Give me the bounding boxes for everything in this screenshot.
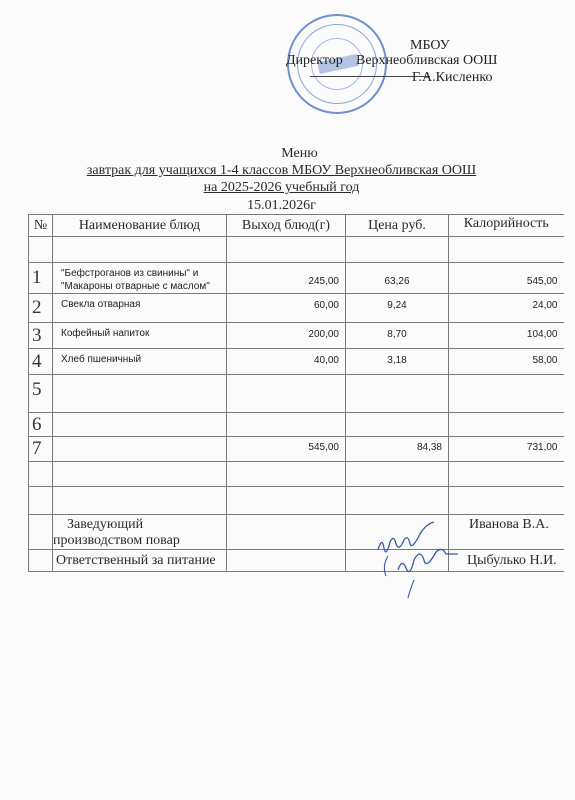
approval-position: Директор bbox=[286, 53, 343, 69]
dish-calories: 24,00 bbox=[449, 294, 564, 323]
chef-label-line1: Заведующий bbox=[67, 517, 226, 533]
table-row-empty bbox=[29, 462, 564, 487]
row-num: 2 bbox=[29, 294, 53, 323]
school-year: на 2025-2026 учебный год bbox=[0, 180, 569, 196]
dish-calories: 58,00 bbox=[449, 349, 564, 375]
dish-name: Свекла отварная bbox=[53, 294, 227, 323]
approval-org: МБОУ bbox=[410, 38, 450, 54]
row-num: 1 bbox=[29, 263, 53, 294]
table-row: 4 Хлеб пшеничный 40,00 3,18 58,00 bbox=[29, 349, 564, 375]
dish-price: 3,18 bbox=[346, 349, 449, 375]
dish-calories: 104,00 bbox=[449, 323, 564, 349]
total-price: 84,38 bbox=[346, 437, 449, 462]
row-num: 4 bbox=[29, 349, 53, 375]
menu-table: № Наименование блюд Выход блюд(г) Цена р… bbox=[28, 214, 564, 572]
document-title: Меню bbox=[12, 146, 575, 162]
table-row: 5 bbox=[29, 375, 564, 413]
responsible-label: Ответственный за питание bbox=[53, 550, 227, 572]
dish-calories: 545,00 bbox=[449, 263, 564, 294]
dish-name-line1: "Бефстроганов из свинины" и bbox=[61, 267, 226, 280]
table-row-empty bbox=[29, 487, 564, 515]
handwritten-signatures bbox=[370, 520, 460, 600]
table-row: 3 Кофейный напиток 200,00 8,70 104,00 bbox=[29, 323, 564, 349]
dish-name-line2: "Макароны отварные с маслом" bbox=[61, 280, 226, 293]
director-name: Г.А.Кисленко bbox=[412, 70, 492, 86]
header-name: Наименование блюд bbox=[53, 215, 227, 237]
header-price: Цена руб. bbox=[346, 215, 449, 237]
total-weight: 545,00 bbox=[227, 437, 346, 462]
dish-weight: 60,00 bbox=[227, 294, 346, 323]
dish-price: 63,26 bbox=[346, 263, 449, 294]
chef-name: Иванова В.А. bbox=[449, 515, 564, 550]
dish-name: "Бефстроганов из свинины" и "Макароны от… bbox=[53, 263, 227, 294]
responsible-signature-row: Ответственный за питание Цыбулько Н.И. bbox=[29, 550, 564, 572]
dish-name: Хлеб пшеничный bbox=[53, 349, 227, 375]
dish-name: Кофейный напиток bbox=[53, 323, 227, 349]
dish-price: 9,24 bbox=[346, 294, 449, 323]
table-row: 2 Свекла отварная 60,00 9,24 24,00 bbox=[29, 294, 564, 323]
header-num: № bbox=[29, 215, 53, 237]
dish-price: 8,70 bbox=[346, 323, 449, 349]
header-calories: Калорийность bbox=[449, 215, 564, 237]
row-num: 6 bbox=[29, 413, 53, 437]
responsible-name: Цыбулько Н.И. bbox=[449, 550, 564, 572]
table-row-total: 7 545,00 84,38 731,00 bbox=[29, 437, 564, 462]
chef-signature-row: Заведующий производством повар Иванова В… bbox=[29, 515, 564, 550]
dish-weight: 245,00 bbox=[227, 263, 346, 294]
chef-label: Заведующий производством повар bbox=[53, 515, 227, 550]
approval-school: Верхнеобливская ООШ bbox=[356, 53, 497, 69]
header-weight: Выход блюд(г) bbox=[227, 215, 346, 237]
table-row: 6 bbox=[29, 413, 564, 437]
table-header-row: № Наименование блюд Выход блюд(г) Цена р… bbox=[29, 215, 564, 237]
dish-weight: 40,00 bbox=[227, 349, 346, 375]
table-row-empty bbox=[29, 237, 564, 263]
table-row: 1 "Бефстроганов из свинины" и "Макароны … bbox=[29, 263, 564, 294]
row-num: 5 bbox=[29, 375, 53, 413]
row-num: 7 bbox=[29, 437, 53, 462]
document-subtitle: завтрак для учащихся 1-4 классов МБОУ Ве… bbox=[0, 163, 569, 179]
chef-label-line2: производством повар bbox=[53, 533, 226, 549]
dish-weight: 200,00 bbox=[227, 323, 346, 349]
row-num: 3 bbox=[29, 323, 53, 349]
total-calories: 731,00 bbox=[449, 437, 564, 462]
menu-date: 15.01.2026г bbox=[0, 198, 569, 214]
